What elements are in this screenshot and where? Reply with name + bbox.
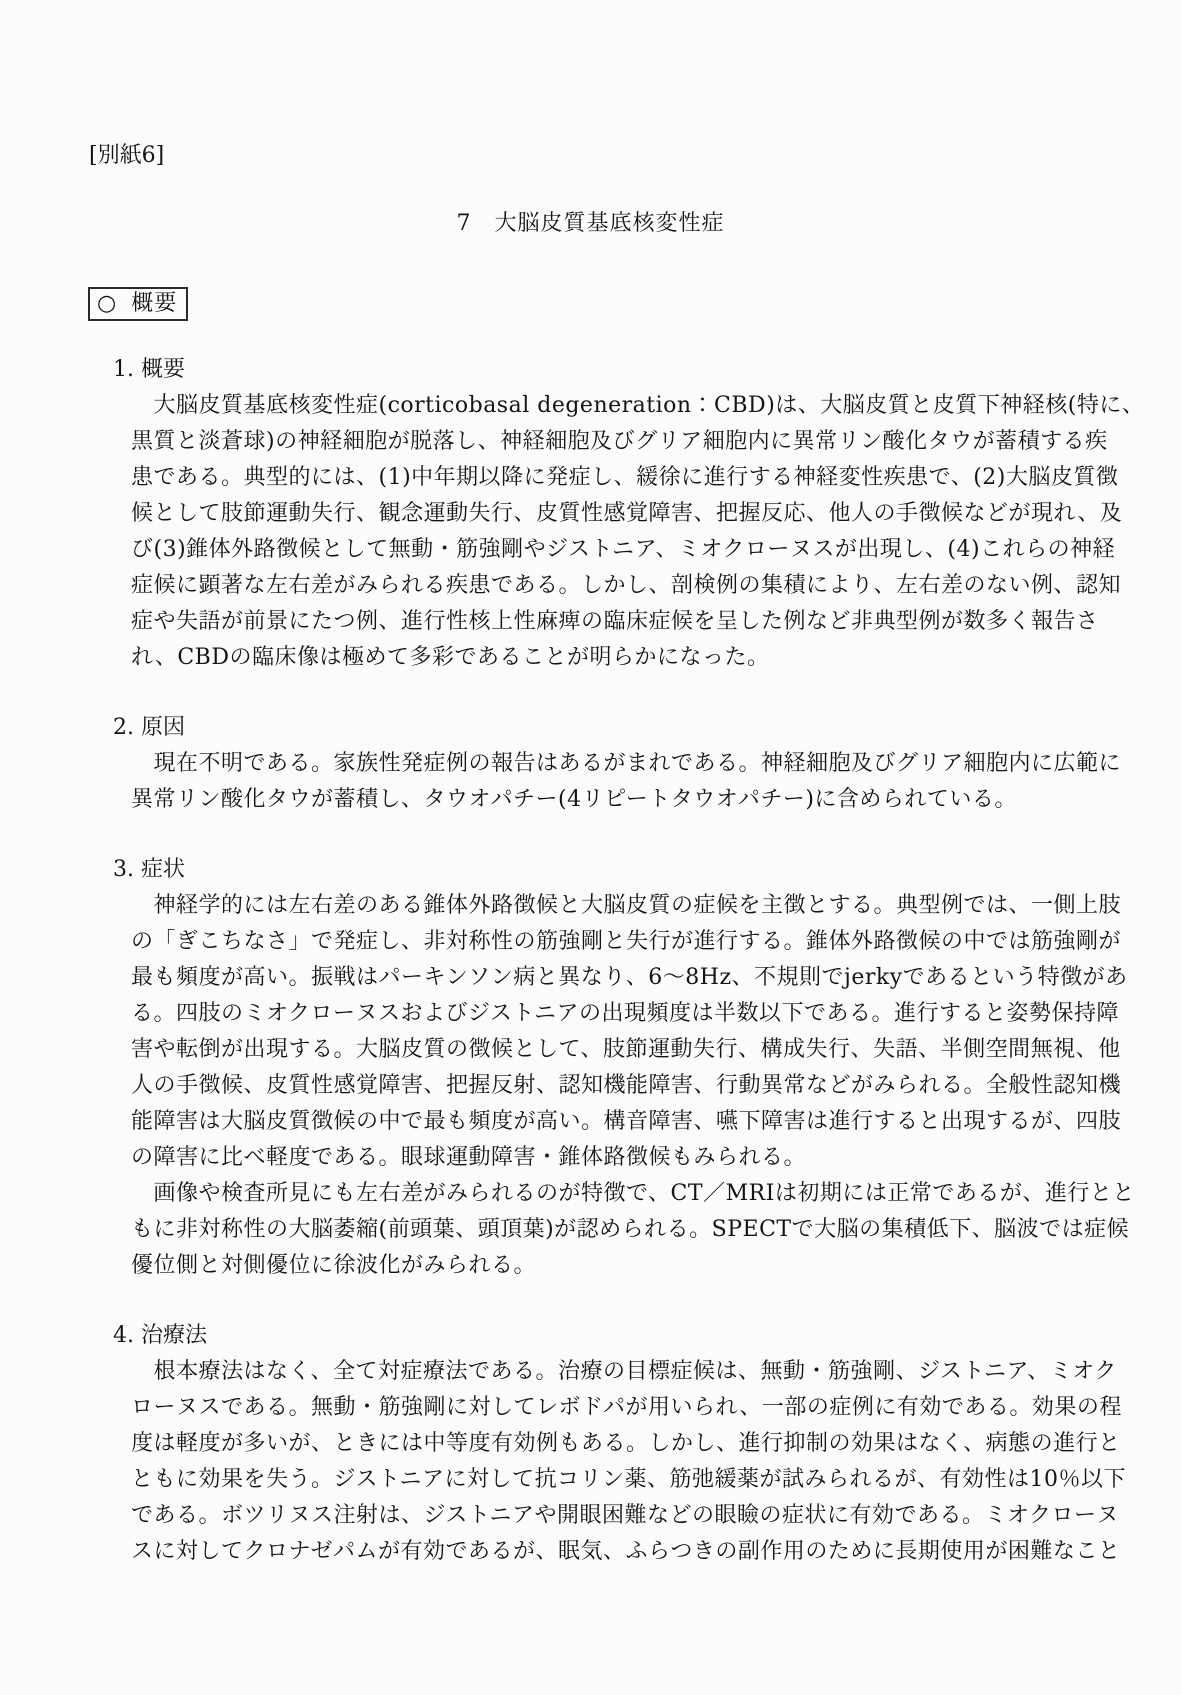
paragraph: 根本療法はなく、全て対症療法である。治療の目標症候は、無動・筋強剛、ジストニア、… bbox=[0, 1354, 1181, 1570]
text-line: 症候に顕著な左右差がみられる疾患である。しかし、剖検例の集積により、左右差のない… bbox=[131, 568, 1181, 604]
section-heading: 1. 概要 bbox=[113, 352, 1181, 388]
section-heading: 3. 症状 bbox=[113, 852, 1181, 888]
section-4: 4. 治療法 根本療法はなく、全て対症療法である。治療の目標症候は、無動・筋強剛… bbox=[0, 1318, 1181, 1570]
text-line: 人の手徴候、皮質性感覚障害、把握反射、認知機能障害、行動異常などがみられる。全般… bbox=[131, 1068, 1181, 1104]
text-line: 神経学的には左右差のある錐体外路徴候と大脳皮質の症候を主徴とする。典型例では、一… bbox=[131, 888, 1181, 924]
document-page: [別紙6] 7 大脳皮質基底核変性症 ○概要 1. 概要 大脳皮質基底核変性症(… bbox=[0, 0, 1181, 1695]
text-line: 根本療法はなく、全て対症療法である。治療の目標症候は、無動・筋強剛、ジストニア、… bbox=[131, 1354, 1181, 1390]
paragraph: 神経学的には左右差のある錐体外路徴候と大脳皮質の症候を主徴とする。典型例では、一… bbox=[0, 888, 1181, 1176]
text-line: び(3)錐体外路徴候として無動・筋強剛やジストニア、ミオクローヌスが出現し、(4… bbox=[131, 532, 1181, 568]
overview-box-label: 概要 bbox=[131, 289, 177, 319]
paragraph: 大脳皮質基底核変性症(corticobasal degeneration：CBD… bbox=[0, 388, 1181, 676]
text-line: 度は軽度が多いが、ときには中等度有効例もある。しかし、進行抑制の効果はなく、病態… bbox=[131, 1426, 1181, 1462]
text-line: の「ぎこちなさ」で発症し、非対称性の筋強剛と失行が進行する。錐体外路徴候の中では… bbox=[131, 924, 1181, 960]
section-3: 3. 症状 神経学的には左右差のある錐体外路徴候と大脳皮質の症候を主徴とする。典… bbox=[0, 852, 1181, 1284]
text-line: 異常リン酸化タウが蓄積し、タウオパチー(4リピートタウオパチー)に含められている… bbox=[131, 782, 1181, 818]
attachment-label: [別紙6] bbox=[89, 141, 164, 171]
text-line: 症や失語が前景にたつ例、進行性核上性麻痺の臨床症候を呈した例など非典型例が数多く… bbox=[131, 604, 1181, 640]
text-line: 大脳皮質基底核変性症(corticobasal degeneration：CBD… bbox=[131, 388, 1181, 424]
section-heading: 2. 原因 bbox=[113, 710, 1181, 746]
text-line: れ、CBDの臨床像は極めて多彩であることが明らかになった。 bbox=[131, 640, 1181, 676]
overview-box: ○概要 bbox=[88, 287, 188, 321]
text-line: る。四肢のミオクローヌスおよびジストニアの出現頻度は半数以下である。進行すると姿… bbox=[131, 996, 1181, 1032]
text-line: ともに効果を失う。ジストニアに対して抗コリン薬、筋弛緩薬が試みられるが、有効性は… bbox=[131, 1462, 1181, 1498]
section-1: 1. 概要 大脳皮質基底核変性症(corticobasal degenerati… bbox=[0, 352, 1181, 676]
text-line: 画像や検査所見にも左右差がみられるのが特徴で、CT／MRIは初期には正常であるが… bbox=[131, 1176, 1181, 1212]
text-line: 害や転倒が出現する。大脳皮質の徴候として、肢節運動失行、構成失行、失語、半側空間… bbox=[131, 1032, 1181, 1068]
section-heading: 4. 治療法 bbox=[113, 1318, 1181, 1354]
text-line: 優位側と対側優位に徐波化がみられる。 bbox=[131, 1248, 1181, 1284]
sections: 1. 概要 大脳皮質基底核変性症(corticobasal degenerati… bbox=[0, 352, 1181, 1570]
text-line: 候として肢節運動失行、観念運動失行、皮質性感覚障害、把握反応、他人の手徴候などが… bbox=[131, 496, 1181, 532]
circle-marker-icon: ○ bbox=[97, 289, 116, 319]
text-line: 患である。典型的には、(1)中年期以降に発症し、緩徐に進行する神経変性疾患で、(… bbox=[131, 460, 1181, 496]
text-line: もに非対称性の大脳萎縮(前頭葉、頭頂葉)が認められる。SPECTで大脳の集積低下… bbox=[131, 1212, 1181, 1248]
text-line: ローヌスである。無動・筋強剛に対してレボドパが用いられ、一部の症例に有効である。… bbox=[131, 1390, 1181, 1426]
text-line: 黒質と淡蒼球)の神経細胞が脱落し、神経細胞及びグリア細胞内に異常リン酸化タウが蓄… bbox=[131, 424, 1181, 460]
text-line: の障害に比べ軽度である。眼球運動障害・錐体路徴候もみられる。 bbox=[131, 1140, 1181, 1176]
paragraph: 画像や検査所見にも左右差がみられるのが特徴で、CT／MRIは初期には正常であるが… bbox=[0, 1176, 1181, 1284]
text-line: スに対してクロナゼパムが有効であるが、眠気、ふらつきの副作用のために長期使用が困… bbox=[131, 1534, 1181, 1570]
text-line: である。ボツリヌス注射は、ジストニアや開眼困難などの眼瞼の症状に有効である。ミオ… bbox=[131, 1498, 1181, 1534]
paragraph: 現在不明である。家族性発症例の報告はあるがまれである。神経細胞及びグリア細胞内に… bbox=[0, 746, 1181, 818]
section-2: 2. 原因 現在不明である。家族性発症例の報告はあるがまれである。神経細胞及びグ… bbox=[0, 710, 1181, 818]
text-line: 能障害は大脳皮質徴候の中で最も頻度が高い。構音障害、嚥下障害は進行すると出現する… bbox=[131, 1104, 1181, 1140]
page-title: 7 大脳皮質基底核変性症 bbox=[0, 209, 1181, 239]
text-line: 現在不明である。家族性発症例の報告はあるがまれである。神経細胞及びグリア細胞内に… bbox=[131, 746, 1181, 782]
text-line: 最も頻度が高い。振戦はパーキンソン病と異なり、6〜8Hz、不規則でjerkyであ… bbox=[131, 960, 1181, 996]
